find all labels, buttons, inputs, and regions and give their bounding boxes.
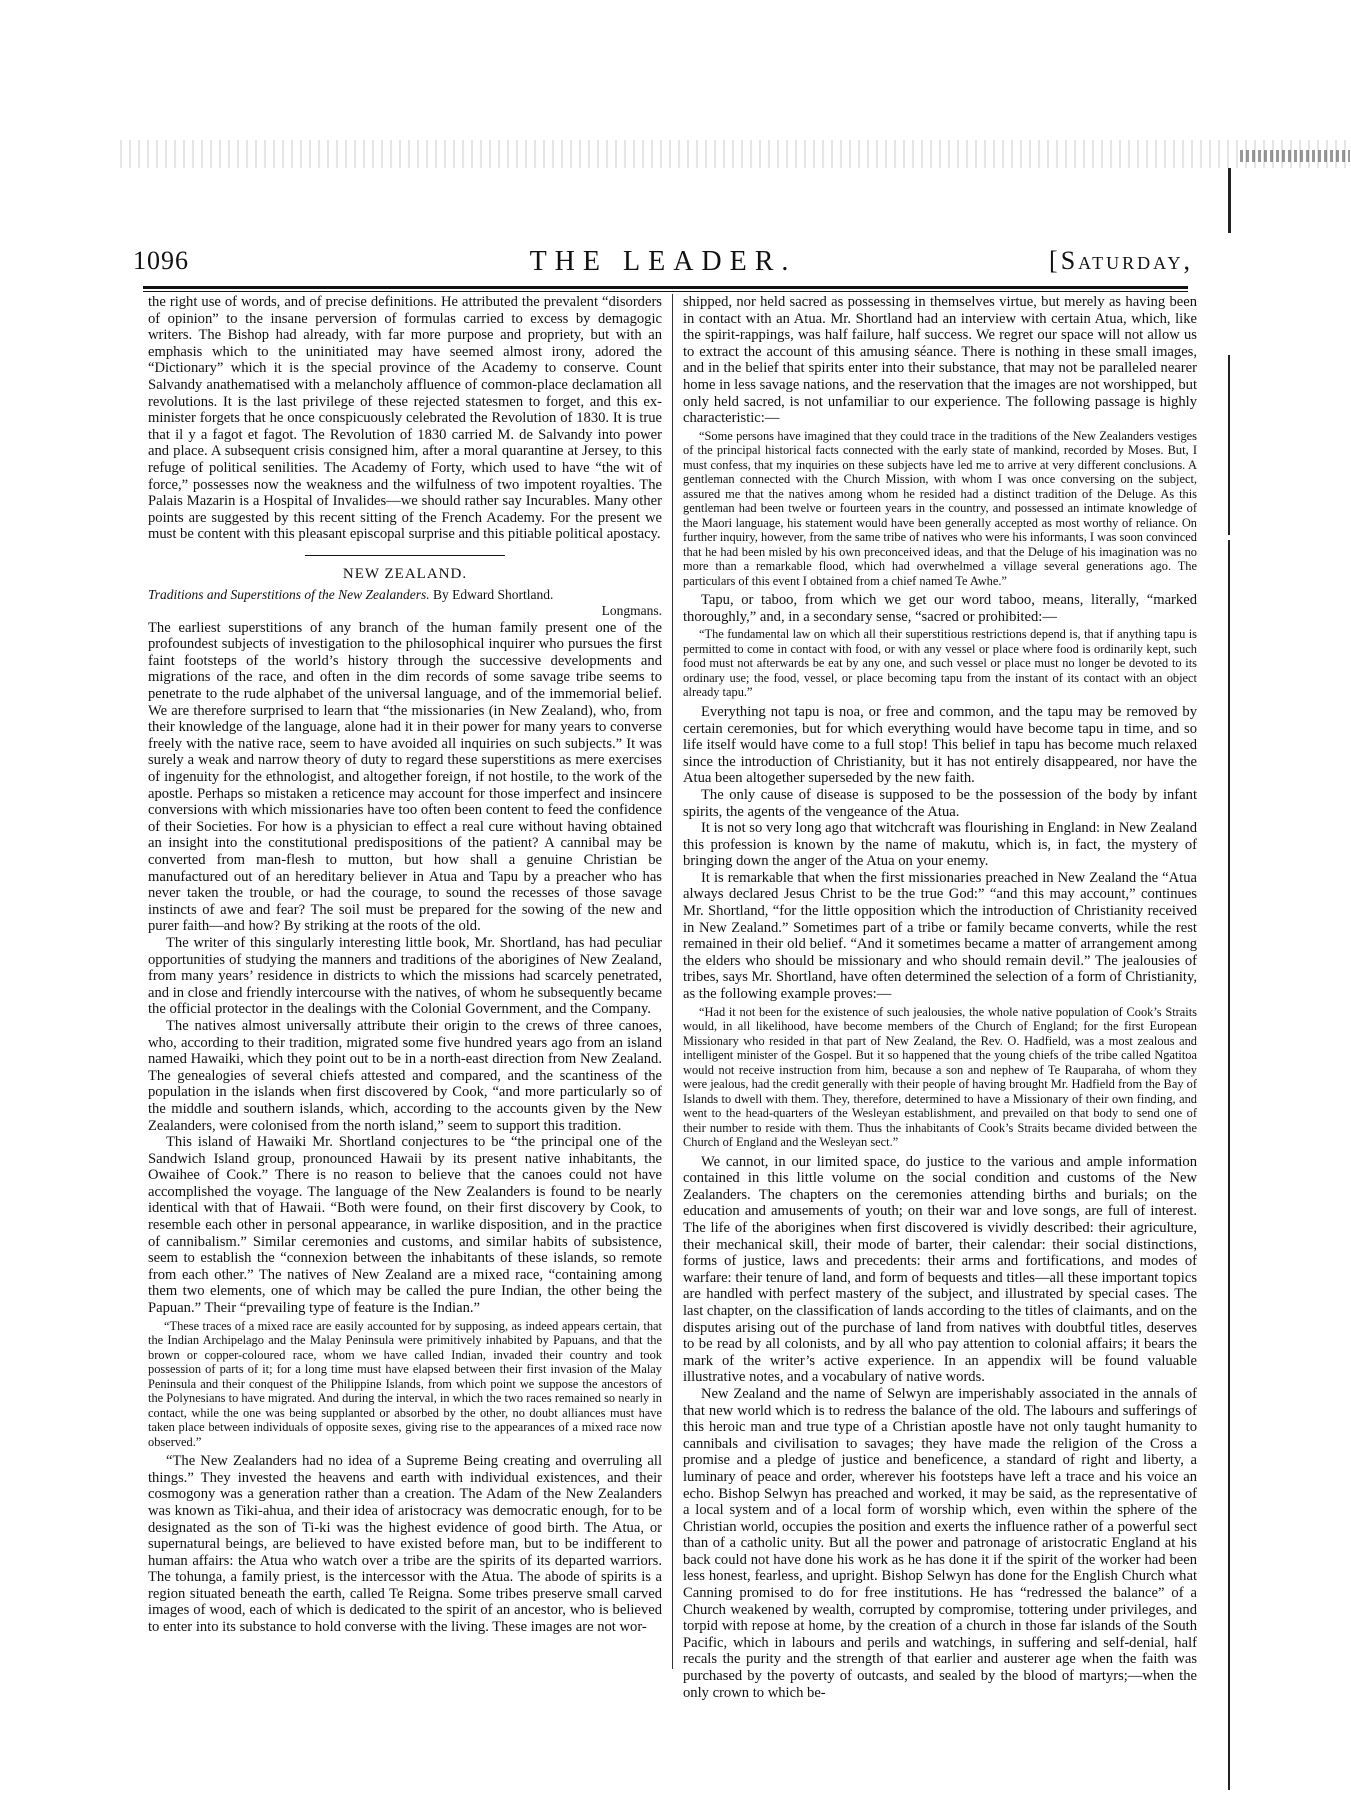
review-paragraph: The earliest superstitions of any branch… bbox=[148, 620, 662, 935]
block-quote: “Had it not been for the existence of su… bbox=[683, 1005, 1197, 1150]
review-paragraph: The writer of this singularly interestin… bbox=[148, 935, 662, 1018]
block-quote: “The fundamental law on which all their … bbox=[683, 627, 1197, 700]
issue-day: [Saturday, bbox=[1049, 246, 1193, 276]
review-paragraph: New Zealand and the name of Selwyn are i… bbox=[683, 1386, 1197, 1701]
review-paragraph: shipped, nor held sacred as possessing i… bbox=[683, 294, 1197, 427]
review-paragraph: Tapu, or taboo, from which we get our wo… bbox=[683, 592, 1197, 625]
block-quote: “Some persons have imagined that they co… bbox=[683, 429, 1197, 589]
masthead: 1096 THE LEADER. [Saturday, bbox=[133, 246, 1193, 286]
continued-article-text: the right use of words, and of precise d… bbox=[148, 294, 662, 543]
review-paragraph: We cannot, in our limited space, do just… bbox=[683, 1154, 1197, 1386]
review-paragraph: It is not so very long ago that witchcra… bbox=[683, 820, 1197, 870]
scan-edge-mark bbox=[1228, 540, 1230, 1790]
book-reference: Traditions and Superstitions of the New … bbox=[148, 587, 662, 604]
left-column: the right use of words, and of precise d… bbox=[148, 294, 662, 1636]
scan-artifact-corner bbox=[1240, 150, 1350, 162]
book-title: Traditions and Superstitions of the New … bbox=[148, 587, 430, 602]
review-paragraph: This island of Hawaiki Mr. Shortland con… bbox=[148, 1134, 662, 1317]
review-paragraph: “The New Zealanders had no idea of a Sup… bbox=[148, 1453, 662, 1636]
section-divider bbox=[305, 555, 505, 556]
block-quote: “These traces of a mixed race are easily… bbox=[148, 1319, 662, 1450]
review-paragraph: The only cause of disease is supposed to… bbox=[683, 787, 1197, 820]
masthead-rule-thin bbox=[143, 291, 1188, 292]
review-paragraph: Everything not tapu is noa, or free and … bbox=[683, 704, 1197, 787]
review-paragraph: The natives almost universally attribute… bbox=[148, 1018, 662, 1134]
book-publisher: Longmans. bbox=[148, 603, 662, 620]
section-title: NEW ZEALAND. bbox=[148, 566, 662, 583]
right-column: shipped, nor held sacred as possessing i… bbox=[683, 294, 1197, 1701]
book-author: By Edward Shortland. bbox=[433, 587, 553, 602]
newspaper-title: THE LEADER. bbox=[133, 246, 1193, 278]
masthead-rule bbox=[143, 286, 1188, 289]
scan-edge-mark bbox=[1228, 355, 1230, 535]
column-divider bbox=[672, 294, 673, 1669]
scan-edge-mark bbox=[1228, 168, 1231, 233]
scan-artifact-strip bbox=[120, 140, 1350, 168]
review-paragraph: It is remarkable that when the first mis… bbox=[683, 870, 1197, 1003]
